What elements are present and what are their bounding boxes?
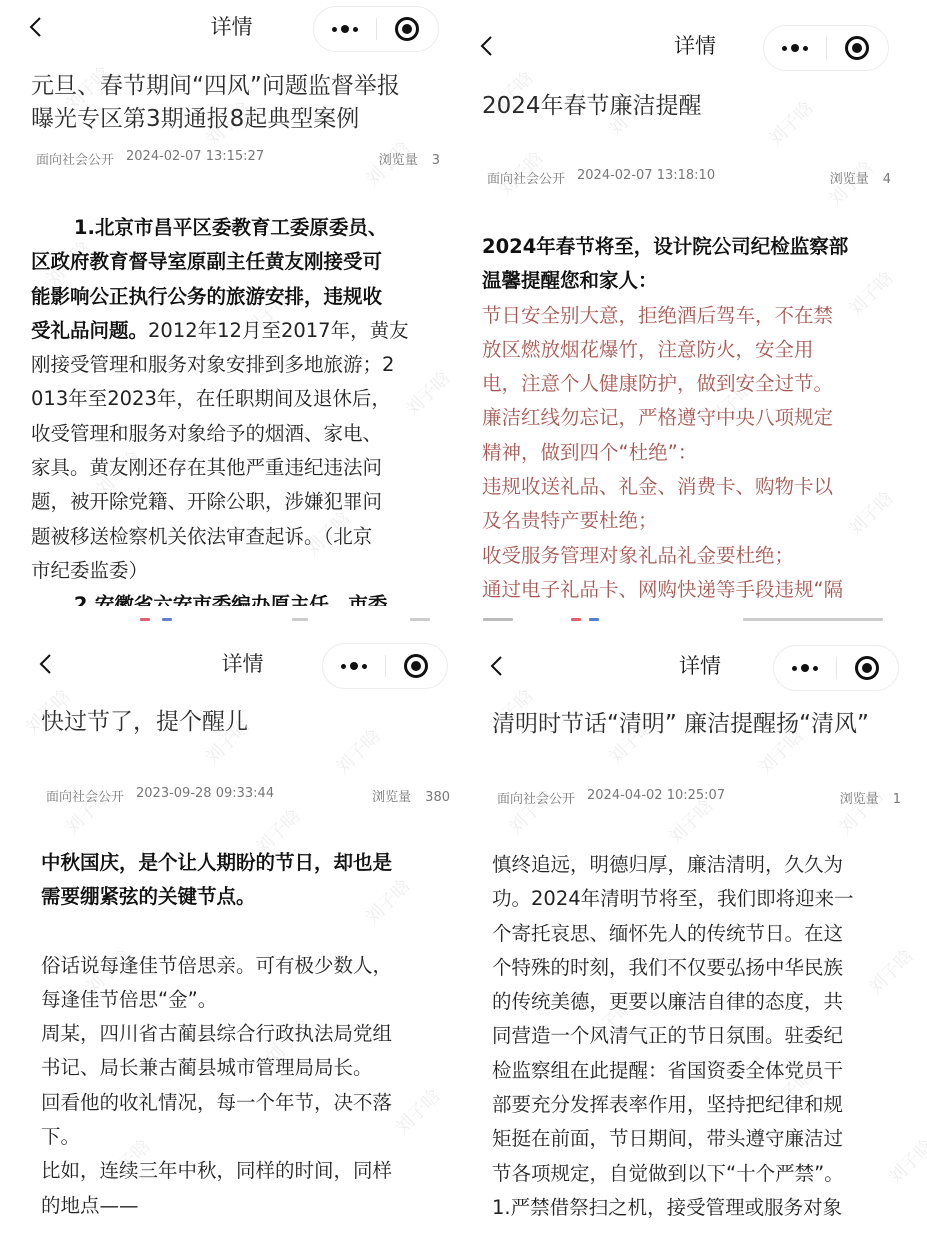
- close-miniprogram-button[interactable]: [377, 7, 439, 51]
- more-dots-icon: [332, 25, 358, 33]
- body-line-highlight: 精神，做到四个“杜绝”：: [482, 436, 902, 470]
- publish-datetime: 2024-02-07 13:18:10: [577, 168, 715, 187]
- views-value: 1: [893, 792, 901, 807]
- visibility-label: 面向社会公开: [487, 168, 565, 187]
- article-title: 2024年春节廉洁提醒: [482, 90, 902, 123]
- body-line-highlight: 收受服务管理对象礼品礼金要杜绝；: [482, 539, 902, 573]
- statusbar-fragment: [463, 614, 927, 628]
- article-panel-mid-autumn: 刘子晗 刘子晗 刘子晗 刘子晗 刘子晗 刘子晗 刘子晗 刘子晗 刘子晗 刘子晗 …: [0, 628, 463, 1236]
- body-line-highlight: 违规收送礼品、礼金、消费卡、购物卡以: [482, 470, 902, 504]
- status-mark: [483, 618, 513, 621]
- body-line: 刚接受管理和服务对象安排到多地旅游；2: [31, 348, 431, 382]
- views-label: 浏览量: [840, 792, 879, 807]
- publish-datetime: 2024-04-02 10:25:07: [587, 788, 725, 807]
- article-title: 清明时节话“清明” 廉洁提醒扬“清风”: [492, 708, 922, 741]
- body-line: 矩挺在前面，节日期间，带头遵守廉洁过: [492, 1122, 912, 1156]
- body-line-highlight: 放区燃放烟花爆竹，注意防火，安全用: [482, 333, 902, 367]
- close-miniprogram-button[interactable]: [386, 644, 448, 688]
- navbar: 详情: [0, 5, 463, 49]
- body-line: 收受管理和服务对象给予的烟酒、家电、: [31, 417, 431, 451]
- body-line: 比如，连续三年中秋，同样的时间，同样: [41, 1154, 441, 1188]
- article-meta: 面向社会公开 2024-02-07 13:18:10 浏览量4: [487, 168, 891, 187]
- status-mark: [743, 618, 883, 621]
- body-line-highlight: 通过电子礼品卡、网购快递等手段违规“隔: [482, 573, 902, 607]
- view-count: 浏览量1: [840, 788, 901, 807]
- views-label: 浏览量: [379, 153, 418, 168]
- article-meta: 面向社会公开 2024-02-07 13:15:27 浏览量3: [36, 149, 440, 168]
- article-body: 1.北京市昌平区委教育工委原委员、 区政府教育督导室原副主任黄友刚接受可 能影响…: [31, 211, 431, 606]
- body-line: 功。2024年清明节将至，我们即将迎来一: [492, 882, 912, 916]
- body-line: 温馨提醒您和家人：: [482, 264, 902, 298]
- body-line: 俗话说每逢佳节倍思亲。可有极少数人，: [41, 949, 441, 983]
- article-title: 快过节了，提个醒儿: [41, 706, 441, 739]
- views-label: 浏览量: [830, 172, 869, 187]
- body-line: 的传统美德，更要以廉洁自律的态度，共: [492, 985, 912, 1019]
- more-dots-icon: [782, 44, 808, 52]
- navbar: 详情: [463, 24, 927, 68]
- body-line: 013年至2023年，在任职期间及退休后，: [31, 382, 431, 416]
- navbar: 详情: [463, 644, 927, 688]
- body-line: 下。: [41, 1120, 441, 1154]
- status-mark: [589, 618, 599, 621]
- body-line: 书记、局长兼古蔺县城市管理局局长。: [41, 1051, 441, 1085]
- target-close-icon: [845, 36, 869, 60]
- target-close-icon: [855, 656, 879, 680]
- capsule-menu: [313, 6, 439, 52]
- status-mark: [292, 618, 308, 621]
- publish-datetime: 2023-09-28 09:33:44: [136, 786, 274, 805]
- close-miniprogram-button[interactable]: [827, 26, 889, 70]
- close-miniprogram-button[interactable]: [837, 646, 899, 690]
- status-mark: [162, 618, 172, 621]
- body-line-highlight: 电，注意个人健康防护，做到安全过节。: [482, 367, 902, 401]
- view-count: 浏览量4: [830, 168, 891, 187]
- navbar: 详情: [0, 642, 463, 686]
- article-panel-spring-festival: 刘子晗 刘子晗 刘子晗 刘子晗 刘子晗 刘子晗 刘子晗 刘子晗 详情 2024年…: [463, 0, 927, 628]
- views-label: 浏览量: [372, 790, 411, 805]
- publish-datetime: 2024-02-07 13:15:27: [126, 149, 264, 168]
- article-title-line: 曝光专区第3期通报8起典型案例: [31, 103, 451, 136]
- article-title-line: 元旦、春节期间“四风”问题监督举报: [31, 70, 451, 103]
- article-panel-qingming: 刘子晗 刘子晗 刘子晗 刘子晗 刘子晗 刘子晗 刘子晗 刘子晗 刘子晗 刘子晗 …: [463, 628, 927, 1236]
- body-line-highlight: 节日安全别大意，拒绝酒后驾车，不在禁: [482, 299, 902, 333]
- article-body: 2024年春节将至，设计院公司纪检监察部 温馨提醒您和家人： 节日安全别大意，拒…: [482, 230, 902, 607]
- body-line: 2024年春节将至，设计院公司纪检监察部: [482, 230, 902, 264]
- status-mark: [571, 618, 581, 621]
- capsule-menu: [763, 25, 889, 71]
- view-count: 浏览量380: [372, 786, 450, 805]
- article-meta: 面向社会公开 2023-09-28 09:33:44 浏览量380: [46, 786, 450, 805]
- article-title: 元旦、春节期间“四风”问题监督举报 曝光专区第3期通报8起典型案例: [31, 70, 451, 136]
- more-button[interactable]: [764, 26, 826, 70]
- more-dots-icon: [341, 662, 367, 670]
- views-value: 4: [883, 172, 891, 187]
- status-mark: [410, 618, 430, 621]
- body-line: 区政府教育督导室原副主任黄友刚接受可: [31, 245, 431, 279]
- body-line: 1.严禁借祭扫之机，接受管理或服务对象: [492, 1191, 912, 1225]
- body-line: 的地点——: [41, 1189, 441, 1223]
- body-line: 中秋国庆，是个让人期盼的节日，却也是: [41, 846, 441, 880]
- more-dots-icon: [792, 664, 818, 672]
- paragraph-gap: [41, 915, 441, 949]
- body-line: 节各项规定，自觉做到以下“十个严禁”。: [492, 1157, 912, 1191]
- view-count: 浏览量3: [379, 149, 440, 168]
- body-line: 需要绷紧弦的关键节点。: [41, 880, 441, 914]
- views-value: 3: [432, 153, 440, 168]
- body-line-cut: 2.安徽省六安市委编办原主任、市委: [31, 588, 431, 606]
- body-line: 同营造一个风清气正的节日氛围。驻委纪: [492, 1019, 912, 1053]
- article-meta: 面向社会公开 2024-04-02 10:25:07 浏览量1: [497, 788, 901, 807]
- visibility-label: 面向社会公开: [36, 149, 114, 168]
- body-span: 2012年12月至2017年，黄友: [148, 319, 409, 342]
- target-close-icon: [395, 17, 419, 41]
- body-line: 能影响公正执行公务的旅游安排，违规收: [31, 280, 431, 314]
- views-value: 380: [425, 790, 450, 805]
- body-line: 个寄托哀思、缅怀先人的传统节日。在这: [492, 917, 912, 951]
- body-line: 1.北京市昌平区委教育工委原委员、: [31, 211, 431, 245]
- visibility-label: 面向社会公开: [46, 786, 124, 805]
- body-line: 市纪委监委）: [31, 554, 431, 588]
- body-line: 题被移送检察机关依法审查起诉。（北京: [31, 520, 431, 554]
- body-line: 家具。黄友刚还存在其他严重违纪违法问: [31, 451, 431, 485]
- article-panel-four-winds: 刘子晗 刘子晗 刘子晗 刘子晗 刘子晗 刘子晗 刘子晗 刘子晗 详情 元旦、春节…: [0, 0, 463, 628]
- article-body: 中秋国庆，是个让人期盼的节日，却也是 需要绷紧弦的关键节点。 俗话说每逢佳节倍思…: [41, 846, 441, 1223]
- body-line: 题，被开除党籍、开除公职，涉嫌犯罪问: [31, 485, 431, 519]
- body-line: 回看他的收礼情况，每一个年节，决不落: [41, 1086, 441, 1120]
- more-button[interactable]: [323, 644, 385, 688]
- body-line: 检监察组在此提醒：省国资委全体党员干: [492, 1054, 912, 1088]
- more-button[interactable]: [774, 646, 836, 690]
- capsule-menu: [322, 643, 448, 689]
- body-line: 个特殊的时刻，我们不仅要弘扬中华民族: [492, 951, 912, 985]
- body-bold-span: 受礼品问题。: [31, 319, 148, 342]
- capsule-menu: [773, 645, 899, 691]
- target-close-icon: [404, 654, 428, 678]
- article-body: 慎终追远，明德归厚，廉洁清明，久久为 功。2024年清明节将至，我们即将迎来一 …: [492, 848, 912, 1225]
- more-button[interactable]: [314, 7, 376, 51]
- body-line-highlight: 及名贵特产要杜绝；: [482, 504, 902, 538]
- body-line: 每逢佳节倍思“金”。: [41, 983, 441, 1017]
- statusbar-fragment: [0, 614, 463, 628]
- body-line-highlight: 廉洁红线勿忘记，严格遵守中央八项规定: [482, 401, 902, 435]
- body-line: 受礼品问题。2012年12月至2017年，黄友: [31, 314, 431, 348]
- body-line: 慎终追远，明德归厚，廉洁清明，久久为: [492, 848, 912, 882]
- visibility-label: 面向社会公开: [497, 788, 575, 807]
- body-line: 周某，四川省古蔺县综合行政执法局党组: [41, 1017, 441, 1051]
- status-mark: [140, 618, 150, 621]
- body-line: 部要充分发挥表率作用，坚持把纪律和规: [492, 1088, 912, 1122]
